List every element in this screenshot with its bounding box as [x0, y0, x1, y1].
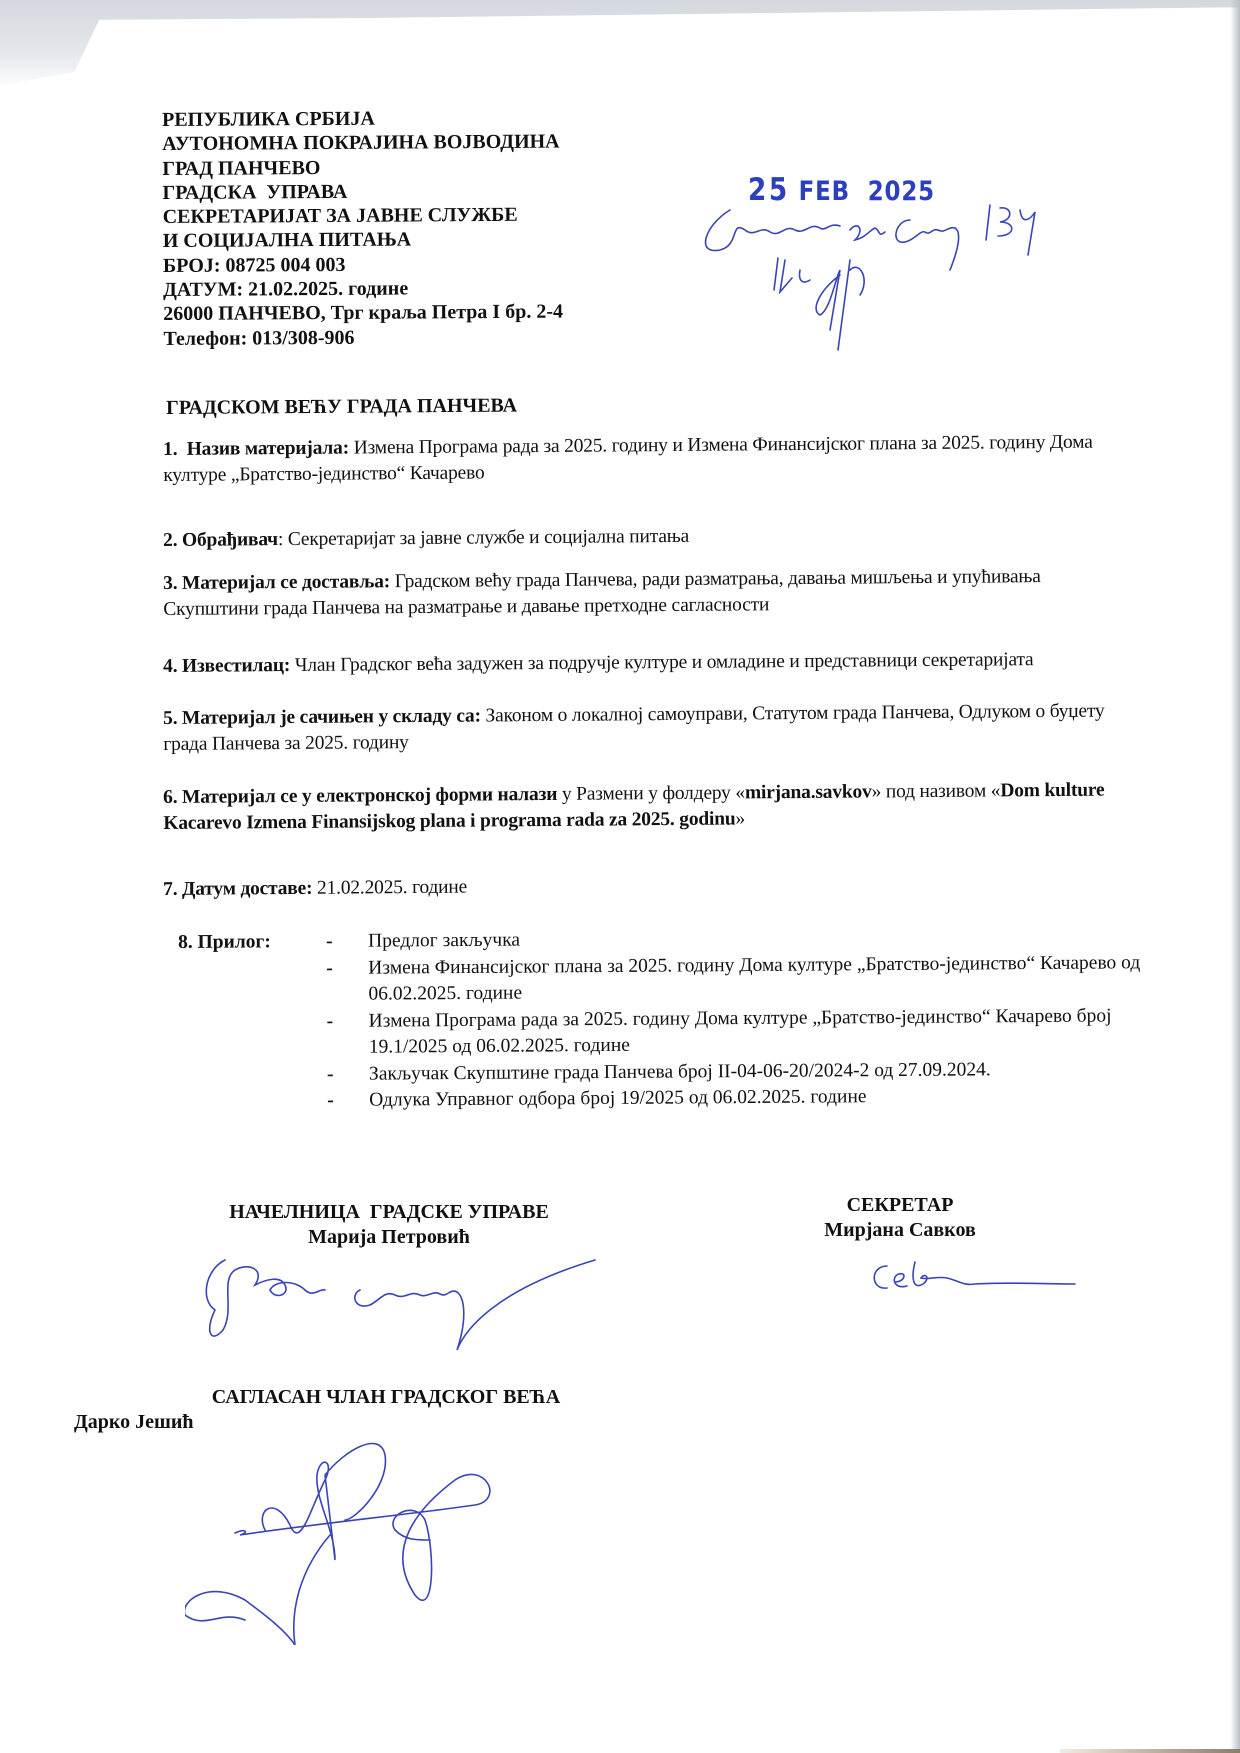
item-7: 7. Датум доставе: 21.02.2025. године [163, 869, 1138, 903]
addressee: ГРАДСКОМ ВЕЋУ ГРАДА ПАНЧЕВА [166, 395, 517, 420]
address: 26000 ПАНЧЕВО, Трг краља Петра I бр. 2-4 [163, 300, 563, 327]
attachments: 8. Прилог: Предлог закључка Измена Финан… [178, 923, 1159, 1115]
attachment-item: Измена Програма рада за 2025. годину Дом… [327, 1003, 1159, 1062]
letterhead: РЕПУБЛИКА СРБИЈА АУТОНОМНА ПОКРАЈИНА ВОЈ… [162, 106, 563, 351]
item-text: 21.02.2025. године [312, 877, 467, 899]
folder-name: mirjana.savkov [745, 781, 872, 803]
item-3: 3. Материјал се доставља: Градском већу … [163, 563, 1138, 623]
signature-block-council-member: САГЛАСАН ЧЛАН ГРАДСКОГ ВЕЋА Дарко Јешић [186, 1385, 586, 1435]
item-2: 2. Обрађивач: Секретаријат за јавне служ… [163, 520, 1138, 554]
item-label: 1. Назив материјала: [163, 438, 349, 460]
item-text: : Секретаријат за јавне службе и социјал… [278, 526, 689, 550]
signature-council-member-handwriting [185, 1430, 515, 1645]
signature-name: Марија Петровић [184, 1225, 594, 1250]
letterhead-line: И СОЦИЈАЛНА ПИТАЊА [163, 227, 563, 254]
item-label: 2. Обрађивач [163, 529, 278, 551]
attachments-label: 8. Прилог: [178, 929, 271, 956]
signature-head-handwriting [195, 1250, 615, 1360]
item-4: 4. Известилац: Члан Градског већа задуже… [163, 646, 1138, 680]
attachments-list: Предлог закључка Измена Финансијског пла… [178, 923, 1159, 1115]
attachment-item: Одлука Управног одбора број 19/2025 од 0… [327, 1082, 1159, 1114]
item-label: 4. Известилац: [163, 655, 290, 677]
letterhead-line: АУТОНОМНА ПОКРАЈИНА ВОЈВОДИНА [162, 130, 562, 157]
document-page: РЕПУБЛИКА СРБИЈА АУТОНОМНА ПОКРАЈИНА ВОЈ… [0, 0, 1240, 1753]
signature-name: Мирјана Савков [800, 1218, 1000, 1243]
item-label: 5. Материјал је сачињен у складу са: [163, 706, 481, 729]
letterhead-line: ГРАДСКА УПРАВА [162, 178, 562, 205]
document-date: ДАТУМ: 21.02.2025. године [163, 276, 563, 303]
signature-secretary-handwriting [865, 1258, 1085, 1298]
item-text: Члан Градског већа задужен за подручје к… [290, 649, 1033, 676]
item-label: 3. Материјал се доставља: [163, 571, 390, 594]
letterhead-line: СЕКРЕТАРИЈАТ ЗА ЈАВНЕ СЛУЖБЕ [163, 203, 563, 230]
item-label: 6. Материјал се у електронској форми нал… [163, 784, 557, 808]
phone: Телефон: 013/308-906 [163, 324, 563, 351]
attachment-item: Измена Финансијског плана за 2025. годин… [326, 950, 1158, 1009]
handwritten-note [700, 200, 1040, 360]
item-5: 5. Материјал је сачињен у складу са: Зак… [163, 698, 1138, 758]
signature-title: СЕКРЕТАР [800, 1193, 1000, 1218]
signature-block-secretary: СЕКРЕТАР Мирјана Савков [800, 1193, 1000, 1243]
signature-title: НАЧЕЛНИЦА ГРАДСКЕ УПРАВЕ [184, 1200, 594, 1225]
signature-title: САГЛАСАН ЧЛАН ГРАДСКОГ ВЕЋА [186, 1385, 586, 1410]
document-number: БРОЈ: 08725 004 003 [163, 251, 563, 278]
signature-block-head: НАЧЕЛНИЦА ГРАДСКЕ УПРАВЕ Марија Петровић [184, 1200, 594, 1250]
item-text: » [735, 808, 745, 829]
item-6: 6. Материјал се у електронској форми нал… [163, 777, 1138, 837]
item-text: у Размени у фолдеру « [557, 782, 745, 804]
item-text: » под називом « [872, 780, 1001, 802]
letterhead-line: ГРАД ПАНЧЕВО [162, 154, 562, 181]
item-1: 1. Назив материјала: Измена Програма рад… [163, 429, 1138, 489]
item-label: 7. Датум доставе: [163, 878, 312, 900]
letterhead-line: РЕПУБЛИКА СРБИЈА [162, 106, 562, 133]
